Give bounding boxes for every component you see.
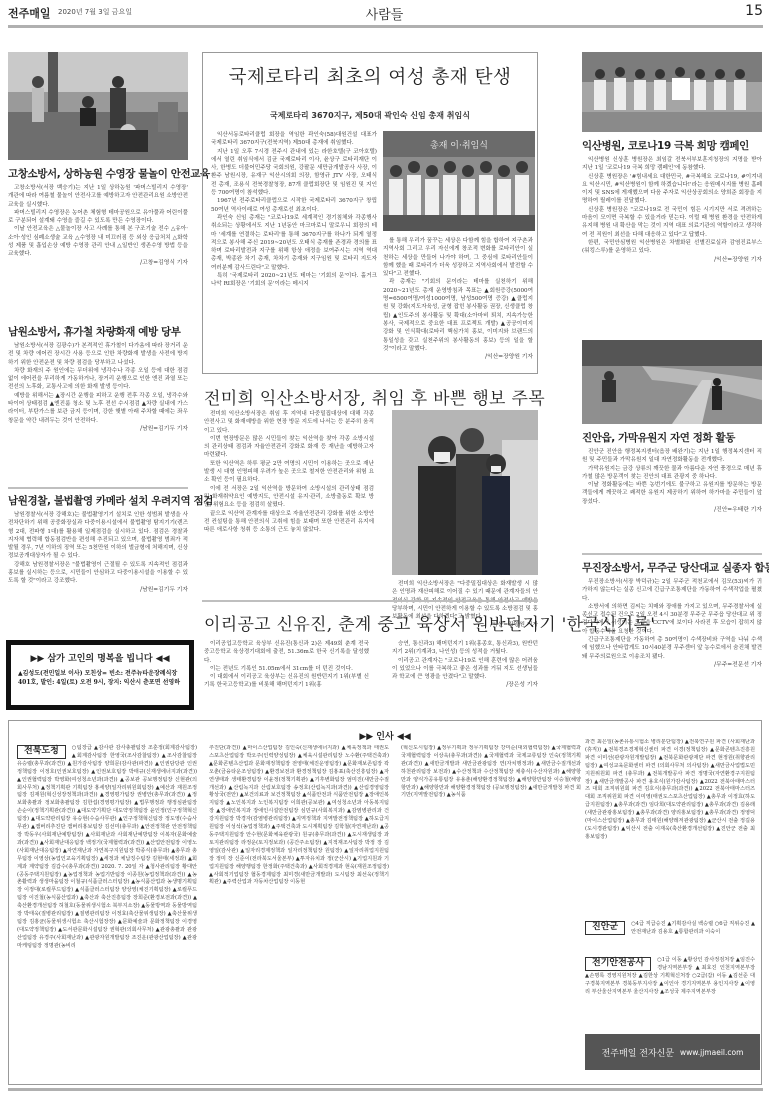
- jeon-mihee-photo: [392, 410, 538, 575]
- paragraph: 고창소방서(서장 백승기)는 지난 1일 상하농원 '파머스빌리지 수영장' 개…: [8, 184, 188, 209]
- namwon-fire-body: 남원소방서(서장 김광수)가 본격적인 휴가철이 다가옴에 따라 장거리 운전 …: [8, 342, 188, 433]
- paragraph: 남원경찰서(서장 강해호)는 불법촬영기기 설치로 인한 성범죄 발생을 사전차…: [8, 511, 188, 561]
- jeon-mihee-title: 전미희 익산소방서장, 취임 후 바쁜 행보 주목: [204, 384, 545, 409]
- paragraph: 한편, 국민안심병원 익산병원은 차별화된 선별진료실과 감염진료부스(워킹스루…: [582, 239, 762, 256]
- personnel-text: ○팀장급 ▲감사관 감사총괄팀장 조훈정(회계감사팀장) ▲회계감사팀장 한영국…: [17, 745, 197, 949]
- paragraph: 곽인숙 신임 총재는 "코로나19로 세계적인 경기침체와 각종행사 취소되는 …: [211, 214, 377, 272]
- paragraph: 이날 정화활동에는 바쁜 농번기에도 불구하고 유원지를 방문하는 방문객들에게…: [582, 481, 762, 506]
- rotary-body-left: 익산서동로타리클럽 회장을 역임한 곽인숙(58)대원건설 대표가 국제로타리 …: [211, 131, 377, 289]
- ad-url[interactable]: www.jjmaeil.com: [680, 1048, 743, 1057]
- page-header: 전주매일 2020년 7월 3일 금요일 사람들 15: [0, 0, 769, 30]
- paragraph: 차량 화재의 주 원인에는 무더위에 냉각수나 각종 오일 등에 대한 점검 없…: [8, 367, 188, 392]
- separator: [582, 553, 762, 555]
- iri-school-body-right: 승연, 통신과3) 해머던지기 1위(홍종호, 통신과3), 원반던지기 2위(…: [392, 640, 538, 690]
- paragraph: 1967년 전주로타리클럽으로 시작한 국제로타리 3670지구 창립 50여년…: [211, 197, 377, 214]
- org-label-jinan: 진안군: [585, 921, 625, 935]
- jinan-cleanup-photo: [582, 340, 762, 424]
- paragraph: 예방을 위해서는 ▲장시간 운행을 피하고 운행 전후 각종 오일, 냉각수와 …: [8, 392, 188, 425]
- personnel-text: 추진단(과견)) ▲마이스산업팀장 김인숙(신재생에너지과) ▲체육정책과 태권…: [209, 745, 389, 885]
- footer-rule: [8, 1088, 763, 1091]
- rotary-body-right: 를 통해 우리가 꿈꾸는 세상은 다함께 힘을 합하여 지구촌과 지역사회 그리…: [383, 237, 533, 361]
- iri-school-body-left: 이리공업고등학교 육상부 신유진(통신과 2)은 제49회 춘계 전국중고등학교…: [204, 640, 369, 690]
- svg-text:총재 이·취임식: 총재 이·취임식: [430, 139, 488, 151]
- iksan-hospital-title: 익산병원, 코로나19 극복 희망 캠페인: [582, 138, 749, 153]
- paragraph: 무진장소방서(서장 박덕규)는 2일 무주군 적천교에서 김모(53)씨가 귀가…: [582, 578, 762, 603]
- byline: /고창=김영식 기자: [8, 259, 188, 267]
- e-paper-ad[interactable]: 전주매일 전자신문 www.jjmaeil.com: [585, 1034, 760, 1070]
- paragraph: 이는 전년도 기록인 51.05m에서 31cm를 더 던진 것이다.: [204, 665, 369, 673]
- muju-search-body: 무진장소방서(서장 박덕규)는 2일 무주군 적천교에서 김모(53)씨가 귀가…: [582, 578, 762, 669]
- separator: [202, 600, 538, 602]
- personnel-col-3: (혁신도시팀장) ▲정무기획과 정무기획팀장 강미순(대외협력팀장) ▲국제협력…: [401, 745, 581, 1080]
- personnel-jinan: 진안군 ○4급 직급승진 ▲기획감사실 백승렬 ○6급 직위승진 ▲안전재난과 …: [585, 921, 755, 937]
- rotary-subtitle: 국제로타리 3670지구, 제50대 곽인숙 신임 총재 취임식: [203, 110, 537, 121]
- condolence-box: ▶▶ 삼가 고인의 명복을 빕니다 ◀◀ ▲김성도(전민일보 이사) 모친상= …: [6, 640, 194, 710]
- gochang-body: 고창소방서(서장 백승기)는 지난 1일 상하농원 '파머스빌리지 수영장' 개…: [8, 184, 188, 267]
- paragraph: 를 통해 우리가 꿈꾸는 세상은 다함께 힘을 합하여 지구촌과 지역사회 그리…: [383, 237, 533, 278]
- paragraph: 이날 안전교육은 △물놀이장 사고 사례를 통해 본 구조기술 전수 △유아·소…: [8, 225, 188, 258]
- paragraph: 특히 '국제로타리 2020~21년도 테마는 '기회의 문'이다. 홀거크나악…: [211, 272, 377, 289]
- paragraph: 끝으로 익산역 관계자를 대상으로 자율안전관리 강화를 위한 소방안전 컨설팅…: [204, 510, 374, 535]
- paragraph: 또한 익산역은 하루 평균 2만 여명의 시민이 이용하는 곳으로 재난 발생 …: [204, 460, 374, 485]
- condolence-title: ▶▶ 삼가 고인의 명복을 빕니다 ◀◀: [18, 651, 182, 664]
- header-rule: [8, 25, 763, 28]
- paragraph: 익산서동로타리클럽 회장을 역임한 곽인숙(58)대원건설 대표가 국제로타리 …: [211, 131, 377, 148]
- iksan-hospital-photo: [582, 52, 762, 132]
- personnel-text: ○4급 직급승진 ▲기획감사실 백승렬 ○6급 직위승진 ▲안전재난과 김용호 …: [631, 921, 755, 935]
- rotary-title: 국제로타리 최초의 여성 총재 탄생: [203, 63, 537, 89]
- namwon-police-body: 남원경찰서(서장 강해호)는 불법촬영기기 설치로 인한 성범죄 발생을 사전차…: [8, 511, 188, 594]
- paragraph: 강해호 남원경찰서장은 "불법촬영이 근절될 수 있도록 지속적인 점검과 홍보…: [8, 561, 188, 586]
- org-label-kesco: 전기안전공사: [585, 957, 651, 971]
- paragraph: 이 대회에서 이리공고 육상부는 신유진의 원반던지기 1위(부별 신기록 한국…: [204, 673, 369, 690]
- rotary-photo: 총재 이·취임식: [383, 131, 535, 231]
- paragraph: 가막유원지는 금강 상류의 깨끗한 물과 아름다운 자연 풍경으로 매년 휴가철…: [582, 465, 762, 482]
- paragraph: 남원소방서(서장 김광수)가 본격적인 휴가철이 다가옴에 따라 장거리 운전 …: [8, 342, 188, 367]
- byline: /장은성 기자: [392, 681, 538, 689]
- paragraph: 전미희 익산소방서장은 취임 후 지역내 다중밀집대상에 대해 각종 안전사고 …: [204, 410, 374, 435]
- paragraph: 신상훈 병원장은 "코로나19로 전 국민이 힘든 시기지만 서로 격려하는 마…: [582, 206, 762, 239]
- paragraph: 긴급구조통제단을 가동하여 총 50여명이 수색장비와 구역을 나눠 수색에 임…: [582, 636, 762, 661]
- byline: /익산=장양원 기자: [582, 256, 762, 264]
- personnel-text: (혁신도시팀장) ▲정무기획과 정무기획팀장 강미순(대외협력팀장) ▲국제협력…: [401, 745, 581, 798]
- rotary-article: 국제로타리 최초의 여성 총재 탄생 국제로타리 3670지구, 제50대 곽인…: [202, 52, 538, 374]
- byline: /진안=우태란 기자: [582, 506, 762, 514]
- iksan-hospital-body: 익산병원 신상훈 병원장은 최임갈 전북서부보훈지청장의 지명을 받아 지난 1…: [582, 156, 762, 264]
- paragraph: 이에 전 서장은 2일 익산역을 방문하여 소방시설의 관리상태 점검 및 화재…: [204, 485, 374, 510]
- paragraph: 지난 1일 오후 7시경 전주시 관내에 있는 라한호텔(구 코아호텔)에서 열…: [211, 148, 377, 198]
- paragraph: 곽 총재는 "기회의 문이라는 테마를 실천하기 위해 2020~21년도 총재…: [383, 278, 533, 353]
- personnel-section: ▶▶ 인사 ◀◀ 전북도청 ○팀장급 ▲감사관 감사총괄팀장 조훈정(회계감사팀…: [8, 720, 762, 1085]
- paragraph: 이리공업고등학교 육상부 신유진(통신과 2)은 제49회 춘계 전국중고등학교…: [204, 640, 369, 665]
- paragraph: 이리공고 관계자는 "코로나19로 인해 훈련에 많은 어려움이 있었으나 이를…: [392, 657, 538, 682]
- org-label-jeonbuk: 전북도청: [17, 745, 66, 759]
- paragraph: 소방서에 의하면 김씨는 치매와 장애를 가지고 있으며, 무주경찰서에 실종신…: [582, 603, 762, 636]
- jeon-mihee-body-left: 전미희 익산소방서장은 취임 후 지역내 다중밀집대상에 대해 각종 안전사고 …: [204, 410, 374, 534]
- jinan-cleanup-title: 진안읍, 가막유원지 자연 정화 활동: [582, 430, 735, 445]
- jinan-cleanup-body: 진안군 진안읍 행정복지센터(읍장 배완기)는 지난 1일 행정복지센터 직원 …: [582, 448, 762, 514]
- namwon-police-title: 남원경찰, 불법촬영 카메라 설치 우려지역 점검: [8, 493, 213, 508]
- byline: /남원=김기두 기자: [8, 425, 188, 433]
- byline: /무주=전문선 기자: [582, 661, 762, 669]
- personnel-col-1: 전북도청 ○팀장급 ▲감사관 감사총괄팀장 조훈정(회계감사팀장) ▲회계감사팀…: [17, 745, 197, 951]
- separator: [8, 487, 188, 489]
- ad-name: 전주매일 전자신문: [602, 1046, 674, 1059]
- paragraph: 신상훈 병원장은 '#힘내세요 대한민국, #극복해요 코로나19, #이겨내요…: [582, 173, 762, 206]
- byline: /익산=장양원 기자: [383, 353, 533, 361]
- paragraph: 익산병원 신상훈 병원장은 최임갈 전북서부보훈지청장의 지명을 받아 지난 1…: [582, 156, 762, 173]
- gochang-title: 고창소방서, 상하농원 수영장 물놀이 안전교육: [8, 166, 210, 181]
- gochang-photo: [8, 52, 188, 160]
- paragraph: 이번 현장방문은 많은 시민들이 찾는 익산역을 찾아 각종 소방시설의 관리상…: [204, 435, 374, 460]
- muju-search-title: 무진장소방서, 무주군 당산대교 실종자 합동수색: [582, 560, 769, 575]
- byline: /남원=김기두 기자: [8, 586, 188, 594]
- paragraph: 승연, 통신과3) 해머던지기 1위(홍종호, 통신과3), 원반던지기 2위(…: [392, 640, 538, 657]
- personnel-col-4: 과견 최은일(농촌유통시험소 병리분단팀장) ▲전북연구원 파견 (사회재난과(…: [585, 739, 755, 919]
- paragraph: 진안군 진안읍 행정복지센터(읍장 배완기)는 지난 1일 행정복지센터 직원 …: [582, 448, 762, 465]
- personnel-col-2: 추진단(과견)) ▲마이스산업팀장 김인숙(신재생에너지과) ▲체육정책과 태권…: [209, 745, 389, 1080]
- condolence-body: ▲김성도(전민일보 이사) 모친상= 빈소: 전주뉴타운장례식장 401호, 발…: [18, 669, 182, 687]
- paragraph: 파머스빌리지 수영장은 농어촌 체험형 테마공원으로 유아풀과 어린이풀로 구분…: [8, 209, 188, 226]
- section-title: 사람들: [0, 4, 769, 23]
- namwon-fire-title: 남원소방서, 휴가철 차량화재 예방 당부: [8, 324, 181, 339]
- personnel-text: 과견 최은일(농촌유통시험소 병리분단팀장) ▲전북연구원 파견 (사회재난과(…: [585, 739, 755, 840]
- page-number: 15: [745, 3, 763, 19]
- personnel-kesco: 전기안전공사 ○1급 이동 ▲황상인 감사정검처장 ▲임진수 경남지역본부장 ▲…: [585, 957, 755, 997]
